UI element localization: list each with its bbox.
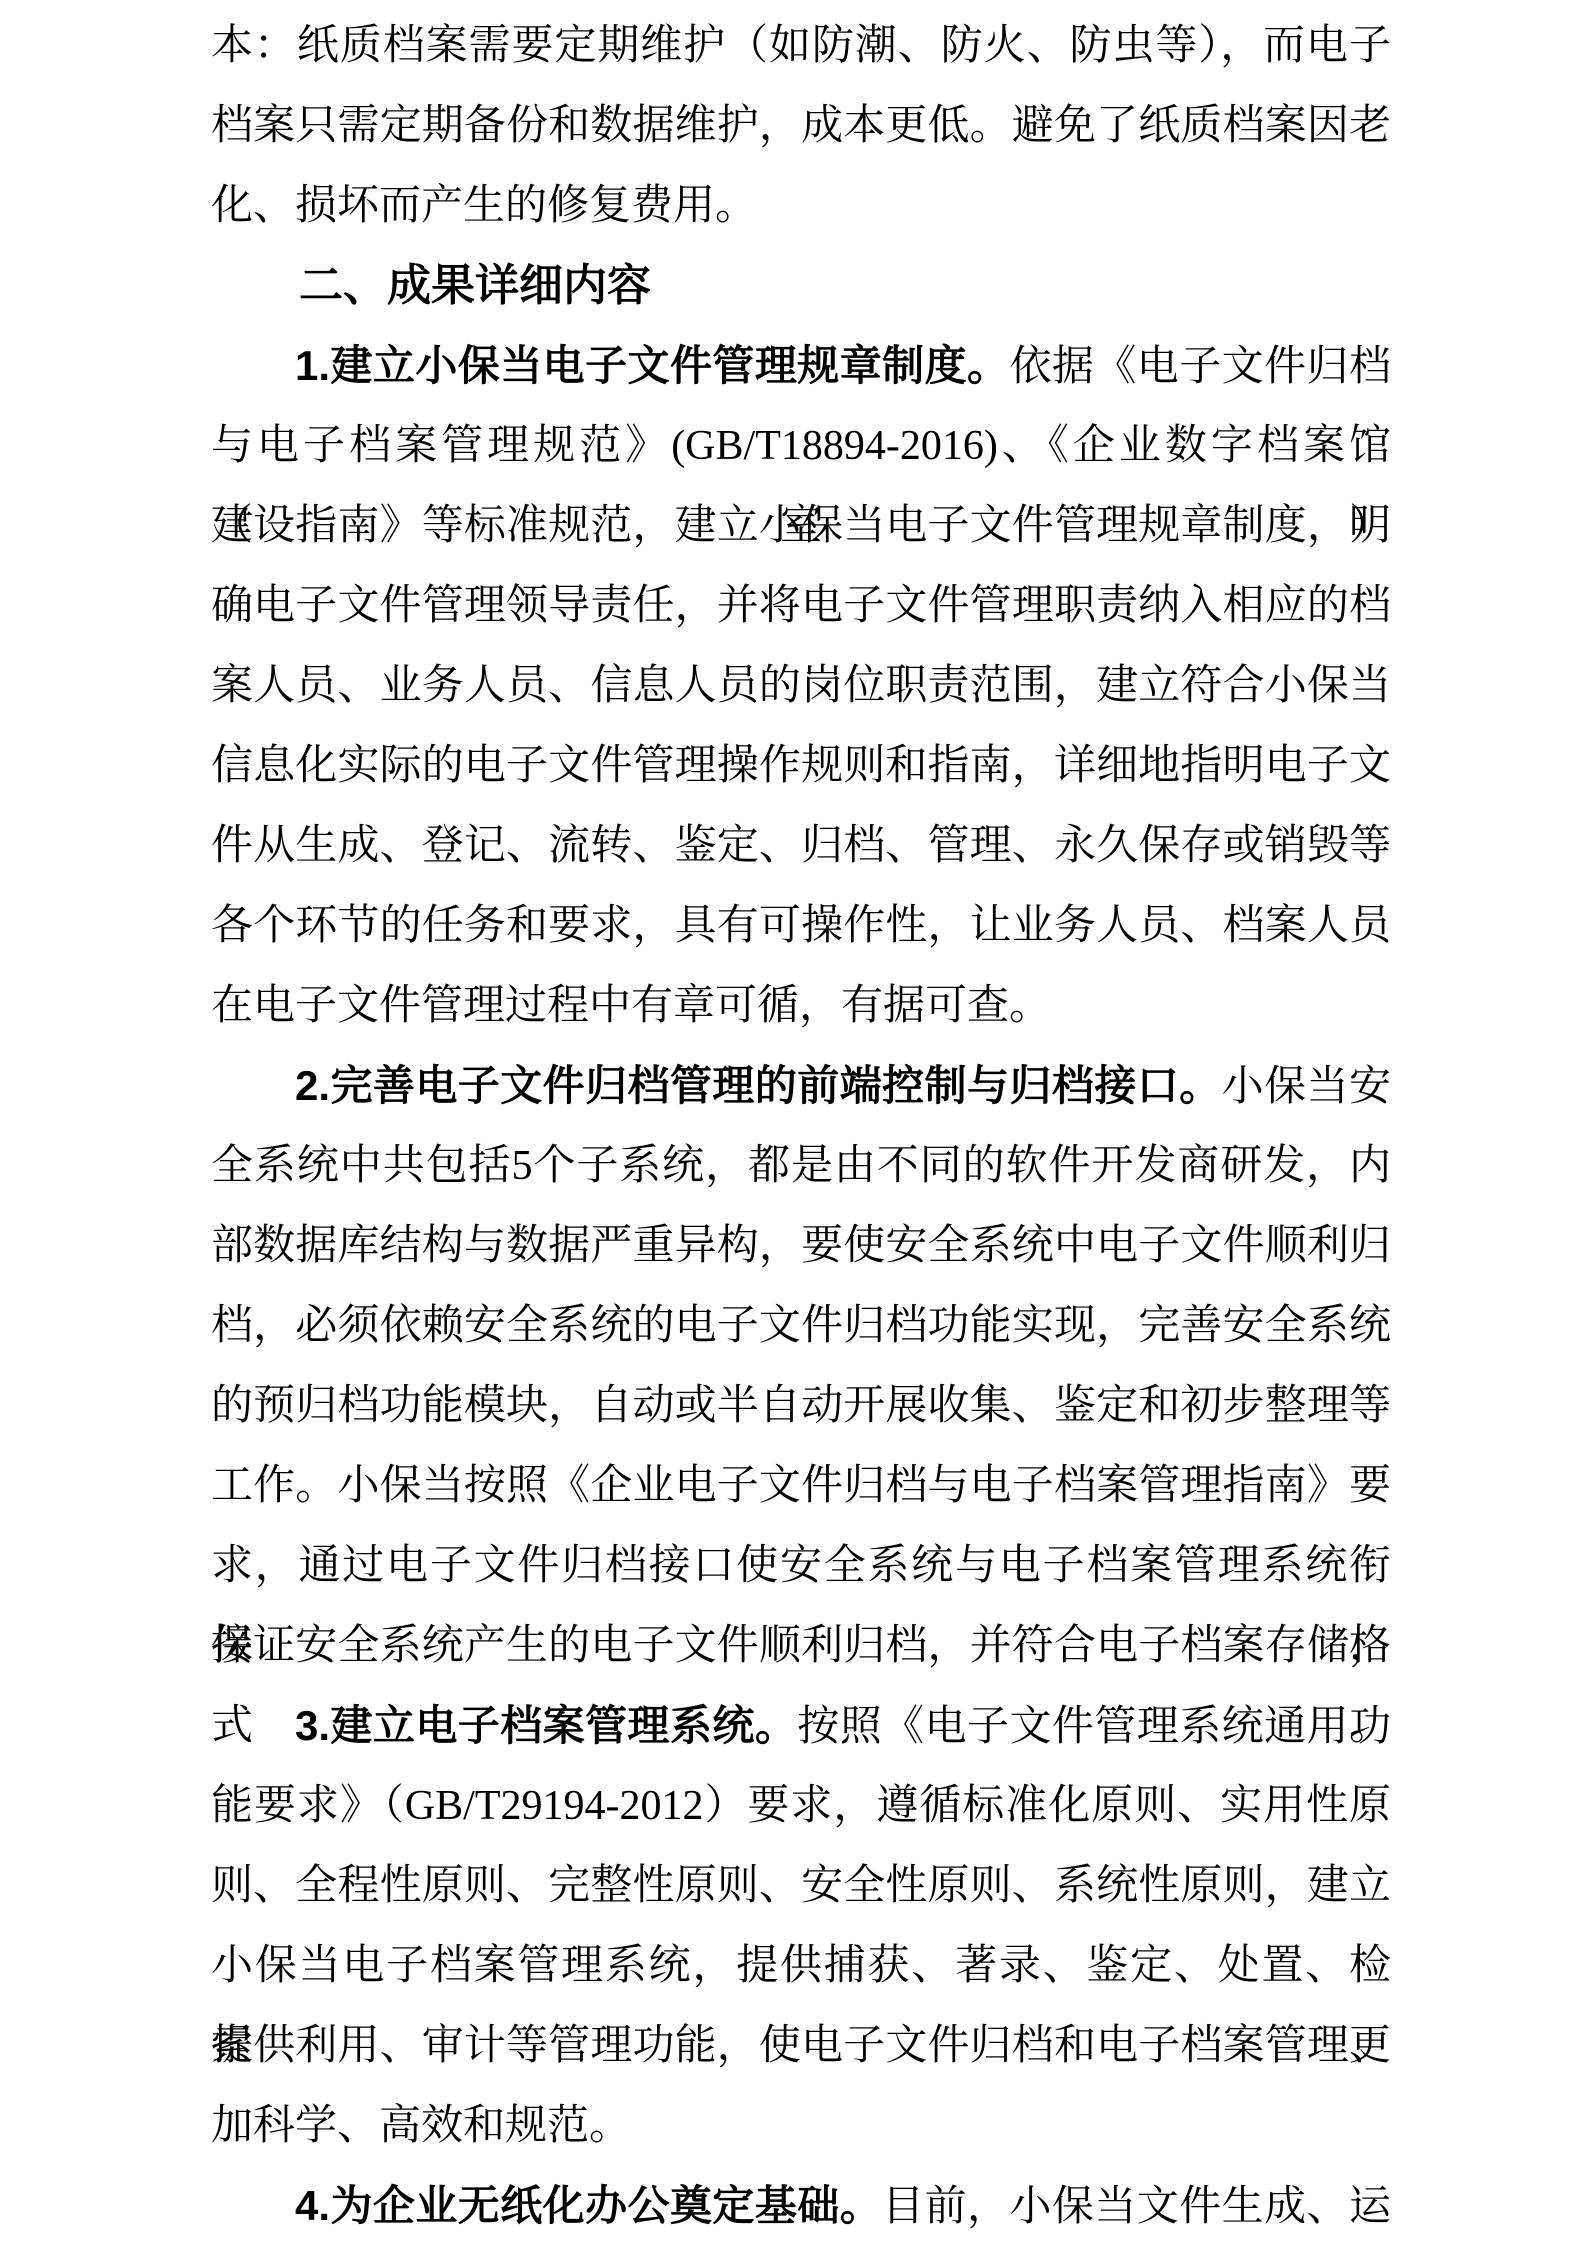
text-segment: 各个环节的任务和要求，具有可操作性，让业务人员、档案人员 — [211, 903, 1391, 949]
bold-text-segment: 3.建立电子档案管理系统。 — [295, 1702, 797, 1749]
text-segment: 在电子文件管理过程中有章可循，有据可查。 — [211, 983, 1051, 1029]
text-segment: 按照《电子文件管理系统通用功 — [797, 1704, 1391, 1750]
text-line: 化、损坏而产生的修复费用。 — [211, 166, 1391, 246]
text-line: 1.建立小保当电子文件管理规章制度。依据《电子文件归档 — [211, 326, 1391, 406]
text-line: 能要求》（GB/T29194-2012）要求，遵循标准化原则、实用性原 — [211, 1766, 1391, 1846]
text-line: 案人员、业务人员、信息人员的岗位职责范围，建立符合小保当 — [211, 646, 1391, 726]
text-segment: 部数据库结构与数据严重异构，要使安全系统中电子文件顺利归 — [211, 1223, 1391, 1269]
text-line: 则、全程性原则、完整性原则、安全性原则、系统性原则，建立 — [211, 1846, 1391, 1926]
text-line: 档，必须依赖安全系统的电子文件归档功能实现，完善安全系统 — [211, 1286, 1391, 1366]
bold-text-segment: 2.完善电子文件归档管理的前端控制与归档接口。 — [295, 1062, 1222, 1109]
section-heading: 二、成果详细内容 — [211, 246, 1391, 326]
text-line: 保证安全系统产生的电子文件顺利归档，并符合电子档案存储格式。 — [211, 1606, 1391, 1686]
text-line: 在电子文件管理过程中有章可循，有据可查。 — [211, 966, 1391, 1046]
bold-text-segment: 1.建立小保当电子文件管理规章制度。 — [295, 342, 1009, 389]
text-segment: 能要求》（GB/T29194-2012）要求，遵循标准化原则、实用性原 — [211, 1783, 1391, 1829]
text-line: 2.完善电子文件归档管理的前端控制与归档接口。小保当安 — [211, 1046, 1391, 1126]
text-segment: 提供利用、审计等管理功能，使电子文件归档和电子档案管理更 — [211, 2023, 1391, 2069]
text-line: 各个环节的任务和要求，具有可操作性，让业务人员、档案人员 — [211, 886, 1391, 966]
text-segment: 加科学、高效和规范。 — [211, 2103, 631, 2149]
text-segment: 案人员、业务人员、信息人员的岗位职责范围，建立符合小保当 — [211, 663, 1391, 709]
text-line: 件从生成、登记、流转、鉴定、归档、管理、永久保存或销毁等 — [211, 806, 1391, 886]
text-segment: 的预归档功能模块，自动或半自动开展收集、鉴定和初步整理等 — [211, 1383, 1391, 1429]
text-line: 4.为企业无纸化办公奠定基础。目前，小保当文件生成、运 — [211, 2166, 1391, 2245]
bold-text-segment: 二、成果详细内容 — [299, 261, 651, 310]
text-line: 与电子档案管理规范》(GB/T18894-2016)、《企业数字档案馆（室） — [211, 406, 1391, 486]
text-segment: 确电子文件管理领导责任，并将电子文件管理职责纳入相应的档 — [211, 583, 1391, 629]
text-line: 本：纸质档案需要定期维护（如防潮、防火、防虫等），而电子 — [211, 6, 1391, 86]
text-line: 的预归档功能模块，自动或半自动开展收集、鉴定和初步整理等 — [211, 1366, 1391, 1446]
bold-text-segment: 4.为企业无纸化办公奠定基础。 — [295, 2182, 882, 2229]
text-line: 档案只需定期备份和数据维护，成本更低。避免了纸质档案因老 — [211, 86, 1391, 166]
document-page: 本：纸质档案需要定期维护（如防潮、防火、防虫等），而电子档案只需定期备份和数据维… — [0, 0, 1587, 2245]
text-segment: 档，必须依赖安全系统的电子文件归档功能实现，完善安全系统 — [211, 1303, 1391, 1349]
text-segment: 建设指南》等标准规范，建立小保当电子文件管理规章制度，明 — [211, 503, 1391, 549]
text-segment: 本：纸质档案需要定期维护（如防潮、防火、防虫等），而电子 — [211, 23, 1391, 69]
text-segment: 信息化实际的电子文件管理操作规则和指南，详细地指明电子文 — [211, 743, 1391, 789]
text-line: 信息化实际的电子文件管理操作规则和指南，详细地指明电子文 — [211, 726, 1391, 806]
text-line: 部数据库结构与数据严重异构，要使安全系统中电子文件顺利归 — [211, 1206, 1391, 1286]
text-segment: 档案只需定期备份和数据维护，成本更低。避免了纸质档案因老 — [211, 103, 1391, 149]
text-segment: 小保当安 — [1222, 1064, 1391, 1110]
text-line: 全系统中共包括5个子系统，都是由不同的软件开发商研发，内 — [211, 1126, 1391, 1206]
text-segment: 件从生成、登记、流转、鉴定、归档、管理、永久保存或销毁等 — [211, 823, 1391, 869]
text-line: 求，通过电子文件归档接口使安全系统与电子档案管理系统衔接， — [211, 1526, 1391, 1606]
text-line: 建设指南》等标准规范，建立小保当电子文件管理规章制度，明 — [211, 486, 1391, 566]
text-line: 工作。小保当按照《企业电子文件归档与电子档案管理指南》要 — [211, 1446, 1391, 1526]
text-segment: 全系统中共包括5个子系统，都是由不同的软件开发商研发，内 — [211, 1143, 1391, 1189]
text-segment: 则、全程性原则、完整性原则、安全性原则、系统性原则，建立 — [211, 1863, 1391, 1909]
text-line: 小保当电子档案管理系统，提供捕获、著录、鉴定、处置、检索、 — [211, 1926, 1391, 2006]
text-segment: 化、损坏而产生的修复费用。 — [211, 183, 757, 229]
text-segment: 目前，小保当文件生成、运 — [882, 2184, 1391, 2230]
text-segment: 依据《电子文件归档 — [1009, 344, 1391, 390]
document-body: 本：纸质档案需要定期维护（如防潮、防火、防虫等），而电子档案只需定期备份和数据维… — [211, 6, 1391, 2245]
text-line: 确电子文件管理领导责任，并将电子文件管理职责纳入相应的档 — [211, 566, 1391, 646]
text-line: 加科学、高效和规范。 — [211, 2086, 1391, 2166]
text-line: 3.建立电子档案管理系统。按照《电子文件管理系统通用功 — [211, 1686, 1391, 1766]
text-segment: 工作。小保当按照《企业电子文件归档与电子档案管理指南》要 — [211, 1463, 1391, 1509]
text-line: 提供利用、审计等管理功能，使电子文件归档和电子档案管理更 — [211, 2006, 1391, 2086]
